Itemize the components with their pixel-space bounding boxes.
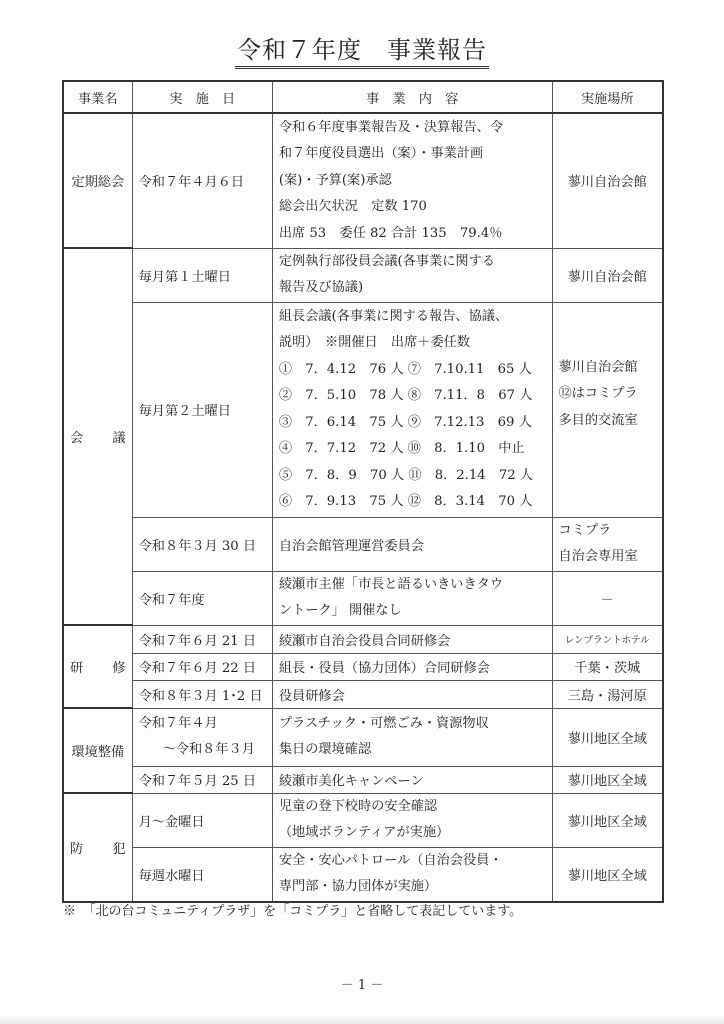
place-cell: 蓼川自治会館 xyxy=(552,113,663,248)
table-row: 令和８年３月 1･2 日 役員研修会 三島・湯河原 xyxy=(63,680,663,708)
date-cell: 令和７年４月６日 xyxy=(132,113,272,248)
place-cell: 蓼川地区全域 xyxy=(552,847,663,902)
place-cell: － xyxy=(552,571,663,625)
date-cell: 毎月第１土曜日 xyxy=(132,248,272,302)
table-row: 毎週水曜日 安全・安心パトロール（自治会役員・ 専門部・協力団体が実施） 蓼川地… xyxy=(63,847,663,902)
business-report-table: 事業名 実 施 日 事 業 内 容 実施場所 定期総会 令和７年４月６日 令和６… xyxy=(62,80,664,903)
header-date: 実 施 日 xyxy=(132,81,272,113)
table-row: 会 議 毎月第１土曜日 定例執行部役員会議(各事業に関する 報告及び協議) 蓼川… xyxy=(63,248,663,302)
date-cell: 令和７年５月 25 日 xyxy=(132,766,272,793)
header-business-name: 事業名 xyxy=(63,81,132,113)
schedule-line: ⑥ 7．9.13 75 人 ⑫ 8．3.14 70 人 xyxy=(279,489,546,516)
section-name-training: 研 修 xyxy=(63,625,132,708)
section-name-general: 定期総会 xyxy=(63,113,132,248)
date-cell: 月～金曜日 xyxy=(132,793,272,847)
schedule-line: ② 7．5.10 78 人 ⑧ 7.11．8 67 人 xyxy=(279,383,546,410)
header-place: 実施場所 xyxy=(552,81,663,113)
date-cell: 令和８年３月 30 日 xyxy=(132,517,272,571)
table-row: 防 犯 月～金曜日 児童の登下校時の安全確認 （地域ボランティアが実施） 蓼川地… xyxy=(63,793,663,847)
content-cell: 役員研修会 xyxy=(272,680,552,708)
place-cell: 蓼川地区全域 xyxy=(552,708,663,766)
content-cell: 令和６年度事業報告及・決算報告、令 和７年度役員選出（案）・事業計画 (案)・予… xyxy=(272,113,552,248)
content-cell: 綾瀬市自治会役員合同研修会 xyxy=(272,625,552,653)
place-cell: コミプラ 自治会専用室 xyxy=(552,517,663,571)
section-name-crime-prevention: 防 犯 xyxy=(63,793,132,902)
content-cell: 組長会議(各事業に関する報告、協議、 説明） ※開催日 出席＋委任数 ① 7．4… xyxy=(272,302,552,517)
section-name-meeting: 会 議 xyxy=(63,248,132,625)
table-header-row: 事業名 実 施 日 事 業 内 容 実施場所 xyxy=(63,81,663,113)
content-cell: 自治会館管理運営委員会 xyxy=(272,517,552,571)
date-cell: 毎週水曜日 xyxy=(132,847,272,902)
footnote: ※ 「北の台コミュニティプラザ」を「コミプラ」と省略して表記しています。 xyxy=(63,900,522,919)
place-cell: 蓼川自治会館 xyxy=(552,248,663,302)
table-row: 令和８年３月 30 日 自治会館管理運営委員会 コミプラ 自治会専用室 xyxy=(63,517,663,571)
content-cell: プラスチック・可燃ごみ・資源物収 集日の環境確認 xyxy=(272,708,552,766)
date-cell: 令和７年４月 ～令和８年３月 xyxy=(132,708,272,766)
content-cell: 定例執行部役員会議(各事業に関する 報告及び協議) xyxy=(272,248,552,302)
date-cell: 令和７年６月 21 日 xyxy=(132,625,272,653)
section-name-environment: 環境整備 xyxy=(63,708,132,793)
place-cell: 蓼川地区全域 xyxy=(552,766,663,793)
table-row: 令和７年６月 22 日 組長・役員（協力団体）合同研修会 千葉・茨城 xyxy=(63,653,663,680)
scan-edge xyxy=(0,1016,724,1024)
place-cell: 蓼川地区全域 xyxy=(552,793,663,847)
page-number: － 1 － xyxy=(0,974,724,993)
date-cell: 令和７年６月 22 日 xyxy=(132,653,272,680)
header-content: 事 業 内 容 xyxy=(272,81,552,113)
place-cell: 千葉・茨城 xyxy=(552,653,663,680)
date-cell: 令和８年３月 1･2 日 xyxy=(132,680,272,708)
date-cell: 毎月第２土曜日 xyxy=(132,302,272,517)
content-cell: 綾瀬市美化キャンペーン xyxy=(272,766,552,793)
table-row: 令和７年５月 25 日 綾瀬市美化キャンペーン 蓼川地区全域 xyxy=(63,766,663,793)
schedule-line: ⑤ 7．8．9 70 人 ⑪ 8．2.14 72 人 xyxy=(279,463,546,490)
content-cell: 児童の登下校時の安全確認 （地域ボランティアが実施） xyxy=(272,793,552,847)
table-row: 令和７年度 綾瀬市主催「市長と語るいきいきタウ ントーク」 開催なし － xyxy=(63,571,663,625)
table-row: 毎月第２土曜日 組長会議(各事業に関する報告、協議、 説明） ※開催日 出席＋委… xyxy=(63,302,663,517)
place-cell: 蓼川自治会館 ⑫はコミプラ 多目的交流室 xyxy=(552,302,663,517)
schedule-line: ③ 7．6.14 75 人 ⑨ 7.12.13 69 人 xyxy=(279,410,546,437)
content-cell: 組長・役員（協力団体）合同研修会 xyxy=(272,653,552,680)
place-cell: レンブラントホテル xyxy=(552,625,663,653)
table-row: 環境整備 令和７年４月 ～令和８年３月 プラスチック・可燃ごみ・資源物収 集日の… xyxy=(63,708,663,766)
content-cell: 安全・安心パトロール（自治会役員・ 専門部・協力団体が実施） xyxy=(272,847,552,902)
schedule-line: ① 7．4.12 76 人 ⑦ 7.10.11 65 人 xyxy=(279,357,546,384)
document-title: 令和７年度 事業報告 xyxy=(0,30,724,69)
place-cell: 三島・湯河原 xyxy=(552,680,663,708)
table-row: 定期総会 令和７年４月６日 令和６年度事業報告及・決算報告、令 和７年度役員選出… xyxy=(63,113,663,248)
date-cell: 令和７年度 xyxy=(132,571,272,625)
content-cell: 綾瀬市主催「市長と語るいきいきタウ ントーク」 開催なし xyxy=(272,571,552,625)
table-row: 研 修 令和７年６月 21 日 綾瀬市自治会役員合同研修会 レンブラントホテル xyxy=(63,625,663,653)
schedule-line: ④ 7．7.12 72 人 ⑩ 8．1.10 中止 xyxy=(279,436,546,463)
